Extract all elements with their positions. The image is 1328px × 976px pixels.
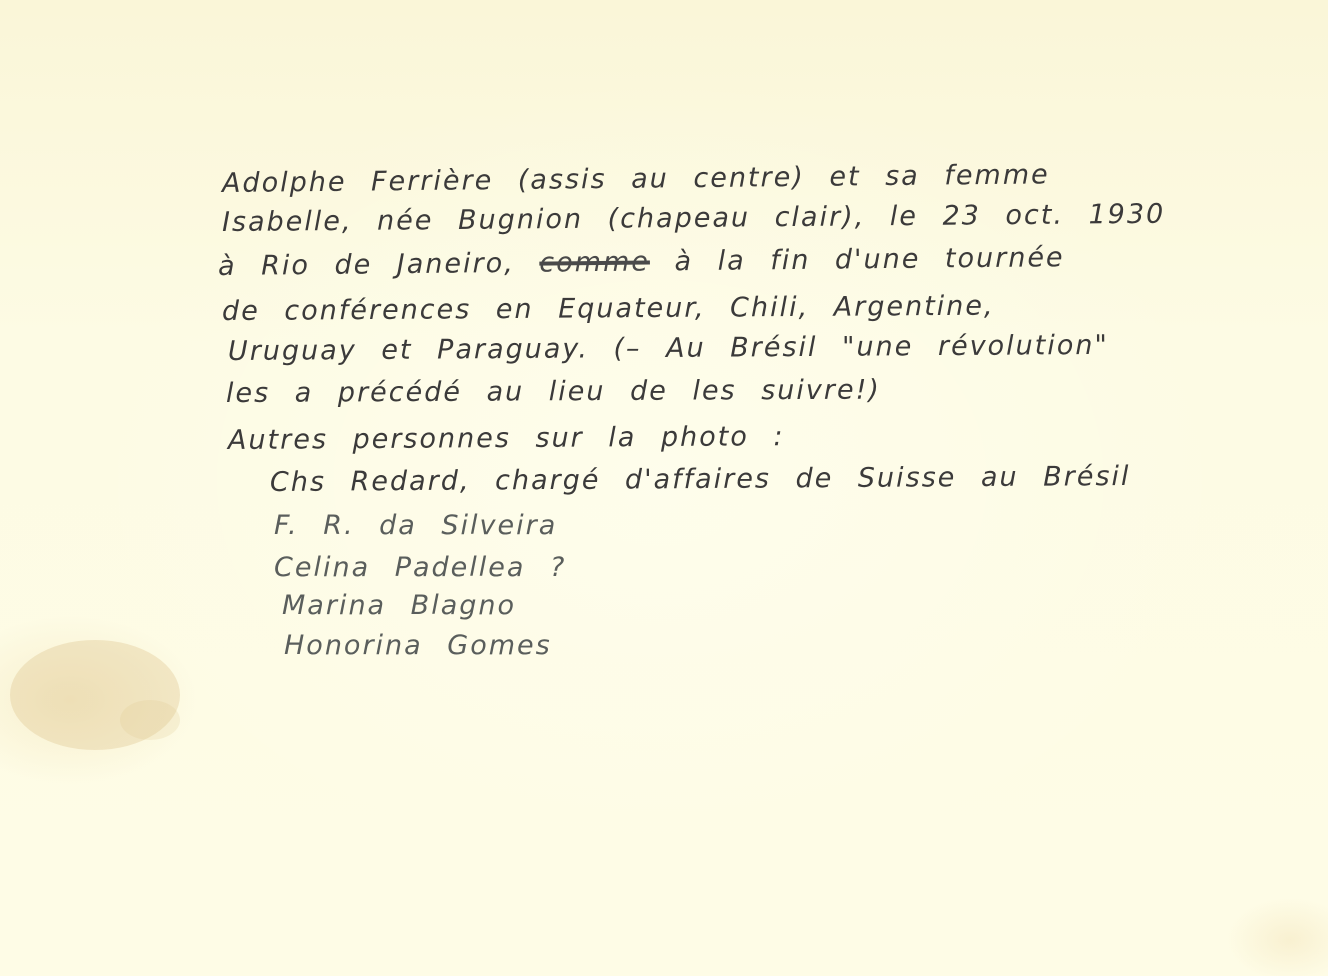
person-4: Marina Blagno — [282, 590, 516, 621]
people-heading: Autres personnes sur la photo : — [228, 421, 785, 456]
caption-line-5: Uruguay et Paraguay. (– Au Brésil "une r… — [228, 330, 1109, 367]
person-3: Celina Padellea ? — [274, 552, 566, 583]
struck-word: comme — [539, 246, 650, 278]
person-1: Chs Redard, chargé d'affaires de Suisse … — [270, 461, 1131, 498]
person-5: Honorina Gomes — [284, 630, 552, 661]
person-2: F. R. da Silveira — [274, 510, 557, 541]
caption-line-6: les a précédé au lieu de les suivre!) — [226, 375, 881, 409]
age-stain — [120, 700, 180, 740]
caption-line-3-end: à la fin d'une tournée — [674, 242, 1064, 277]
caption-line-4: de conférences en Equateur, Chili, Argen… — [222, 291, 995, 327]
caption-line-3-start: à Rio de Janeiro, — [218, 248, 515, 282]
